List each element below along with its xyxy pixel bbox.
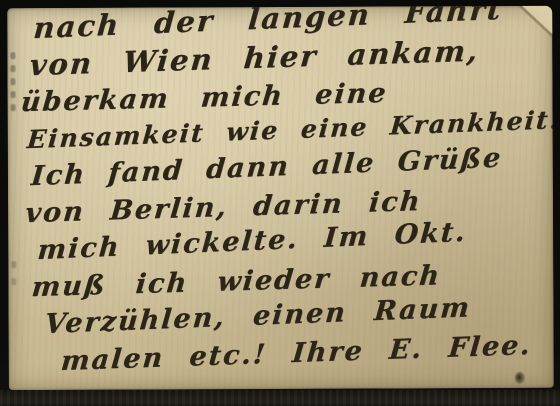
postcard-paper: nach der langen Fahrt von Wien hier anka… (7, 6, 554, 390)
ink-blot (515, 372, 525, 384)
scan-backdrop: nach der langen Fahrt von Wien hier anka… (0, 0, 560, 406)
corner-fold (519, 6, 553, 37)
scan-backdrop-bottom-band (0, 390, 560, 406)
handwritten-text-block: nach der langen Fahrt von Wien hier anka… (7, 6, 554, 380)
